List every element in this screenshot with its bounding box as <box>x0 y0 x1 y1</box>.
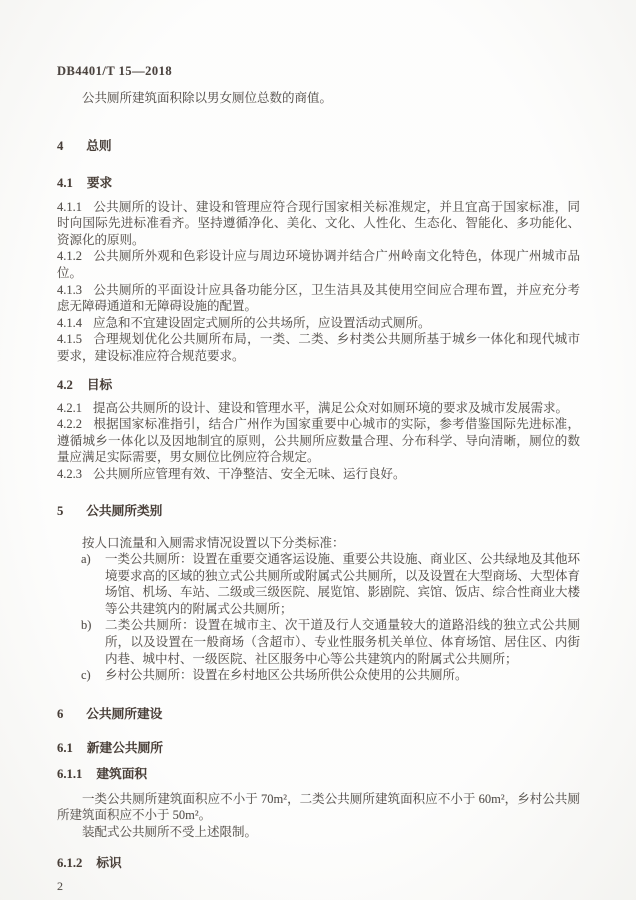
section-title: 公共厕所建设 <box>86 707 162 721</box>
section-number: 6.1.2 <box>57 855 82 872</box>
clause-4-2-2: 4.2.2根据国家标准指引，结合广州作为国家重要中心城市的实际，参考借鉴国际先进… <box>57 416 580 466</box>
list-item-text: 二类公共厕所：设置在城市主、次干道及行人交通量较大的道路沿线的独立式公共厕所，以… <box>105 618 580 665</box>
clause-4-1-5: 4.1.5合理规划优化公共厕所布局，一类、二类、乡村类公共厕所基于城乡一体化和现… <box>57 331 580 364</box>
clause-text: 公共厕所的设计、建设和管理应符合现行国家相关标准规定，并且宜高于国家标准，同时向… <box>57 200 580 247</box>
section-title: 公共厕所类别 <box>86 504 162 518</box>
section-4-1-clauses: 4.1.1公共厕所的设计、建设和管理应符合现行国家相关标准规定，并且宜高于国家标… <box>57 199 580 365</box>
list-marker: b) <box>81 617 91 634</box>
section-title: 目标 <box>87 378 112 392</box>
section-5-lead: 按人口流量和入厕需求情况设置以下分类标准： <box>57 535 580 552</box>
clause-text: 公共厕所外观和色彩设计应与周边环境协调并结合广州岭南文化特色，体现广州城市品位。 <box>57 249 580 280</box>
list-item-b: b)二类公共厕所：设置在城市主、次干道及行人交通量较大的道路沿线的独立式公共厕所… <box>57 617 580 667</box>
clause-number: 4.1.3 <box>57 283 82 297</box>
clause-4-2-1: 4.2.1提高公共厕所的设计、建设和管理水平，满足公众对如厕环境的要求及城市发展… <box>57 400 580 417</box>
clause-text: 根据国家标准指引，结合广州作为国家重要中心城市的实际，参考借鉴国际先进标准，遵循… <box>57 417 580 464</box>
list-marker: c) <box>81 667 91 684</box>
section-number: 6 <box>57 706 72 723</box>
clause-text: 合理规划优化公共厕所布局，一类、二类、乡村类公共厕所基于城乡一体化和现代城市要求… <box>57 332 580 363</box>
document-code-header: DB4401/T 15—2018 <box>57 64 580 78</box>
section-title: 标识 <box>96 856 121 870</box>
classification-list: a)一类公共厕所：设置在重要交通客运设施、重要公共设施、商业区、公共绿地及其他环… <box>57 551 580 684</box>
section-4-heading: 4总则 <box>57 138 580 155</box>
section-6-1-2-heading: 6.1.2标识 <box>57 855 580 872</box>
clause-4-1-2: 4.1.2公共厕所外观和色彩设计应与周边环境协调并结合广州岭南文化特色，体现广州… <box>57 248 580 281</box>
building-area-paragraph: 一类公共厕所建筑面积应不小于 70m²，二类公共厕所建筑面积应不小于 60m²，… <box>57 791 580 824</box>
section-number: 4.1 <box>57 175 73 192</box>
section-4-1-heading: 4.1要求 <box>57 175 580 192</box>
clause-number: 4.2.2 <box>57 417 82 431</box>
clause-number: 4.1.2 <box>57 249 82 263</box>
section-6-1-heading: 6.1新建公共厕所 <box>57 740 580 757</box>
list-marker: a) <box>81 551 91 568</box>
section-number: 6.1.1 <box>57 766 82 783</box>
section-title: 总则 <box>86 139 111 153</box>
section-title: 要求 <box>87 176 112 190</box>
clause-4-2-3: 4.2.3公共厕所应管理有效、干净整洁、安全无味、运行良好。 <box>57 466 580 483</box>
section-6-heading: 6公共厕所建设 <box>57 706 580 723</box>
list-item-a: a)一类公共厕所：设置在重要交通客运设施、重要公共设施、商业区、公共绿地及其他环… <box>57 551 580 617</box>
section-title: 新建公共厕所 <box>87 741 163 755</box>
list-item-text: 乡村公共厕所：设置在乡村地区公共场所供公众使用的公共厕所。 <box>105 668 468 682</box>
section-number: 5 <box>57 503 72 520</box>
clause-number: 4.1.5 <box>57 332 82 346</box>
clause-4-1-3: 4.1.3公共厕所的平面设计应具备功能分区，卫生洁具及其使用空间应合理布置，并应… <box>57 282 580 315</box>
clause-number: 4.1.4 <box>57 316 82 330</box>
clause-text: 应急和不宜建设固定式厕所的公共场所，应设置活动式厕所。 <box>93 316 431 330</box>
clause-4-1-1: 4.1.1公共厕所的设计、建设和管理应符合现行国家相关标准规定，并且宜高于国家标… <box>57 199 580 249</box>
intro-paragraph: 公共厕所建筑面积除以男女厕位总数的商值。 <box>57 90 580 107</box>
clause-number: 4.1.1 <box>57 200 82 214</box>
section-title: 建筑面积 <box>96 767 147 781</box>
section-4-2-clauses: 4.2.1提高公共厕所的设计、建设和管理水平，满足公众对如厕环境的要求及城市发展… <box>57 400 580 483</box>
section-number: 6.1 <box>57 740 73 757</box>
clause-4-1-4: 4.1.4应急和不宜建设固定式厕所的公共场所，应设置活动式厕所。 <box>57 315 580 332</box>
clause-text: 公共厕所的平面设计应具备功能分区，卫生洁具及其使用空间应合理布置，并应充分考虑无… <box>57 283 580 314</box>
list-item-c: c)乡村公共厕所：设置在乡村地区公共场所供公众使用的公共厕所。 <box>57 667 580 684</box>
list-item-text: 一类公共厕所：设置在重要交通客运设施、重要公共设施、商业区、公共绿地及其他环境要… <box>105 552 580 616</box>
clause-text: 提高公共厕所的设计、建设和管理水平，满足公众对如厕环境的要求及城市发展需求。 <box>93 401 568 415</box>
section-number: 4 <box>57 138 72 155</box>
page-number: 2 <box>57 879 580 894</box>
document-page: DB4401/T 15—2018 公共厕所建筑面积除以男女厕位总数的商值。 4总… <box>0 0 636 900</box>
clause-number: 4.2.1 <box>57 401 82 415</box>
section-6-1-1-heading: 6.1.1建筑面积 <box>57 766 580 783</box>
clause-text: 公共厕所应管理有效、干净整洁、安全无味、运行良好。 <box>93 467 406 481</box>
section-5-heading: 5公共厕所类别 <box>57 503 580 520</box>
section-4-2-heading: 4.2目标 <box>57 377 580 394</box>
prefab-exemption-paragraph: 装配式公共厕所不受上述限制。 <box>57 824 580 841</box>
clause-number: 4.2.3 <box>57 467 82 481</box>
section-number: 4.2 <box>57 377 73 394</box>
